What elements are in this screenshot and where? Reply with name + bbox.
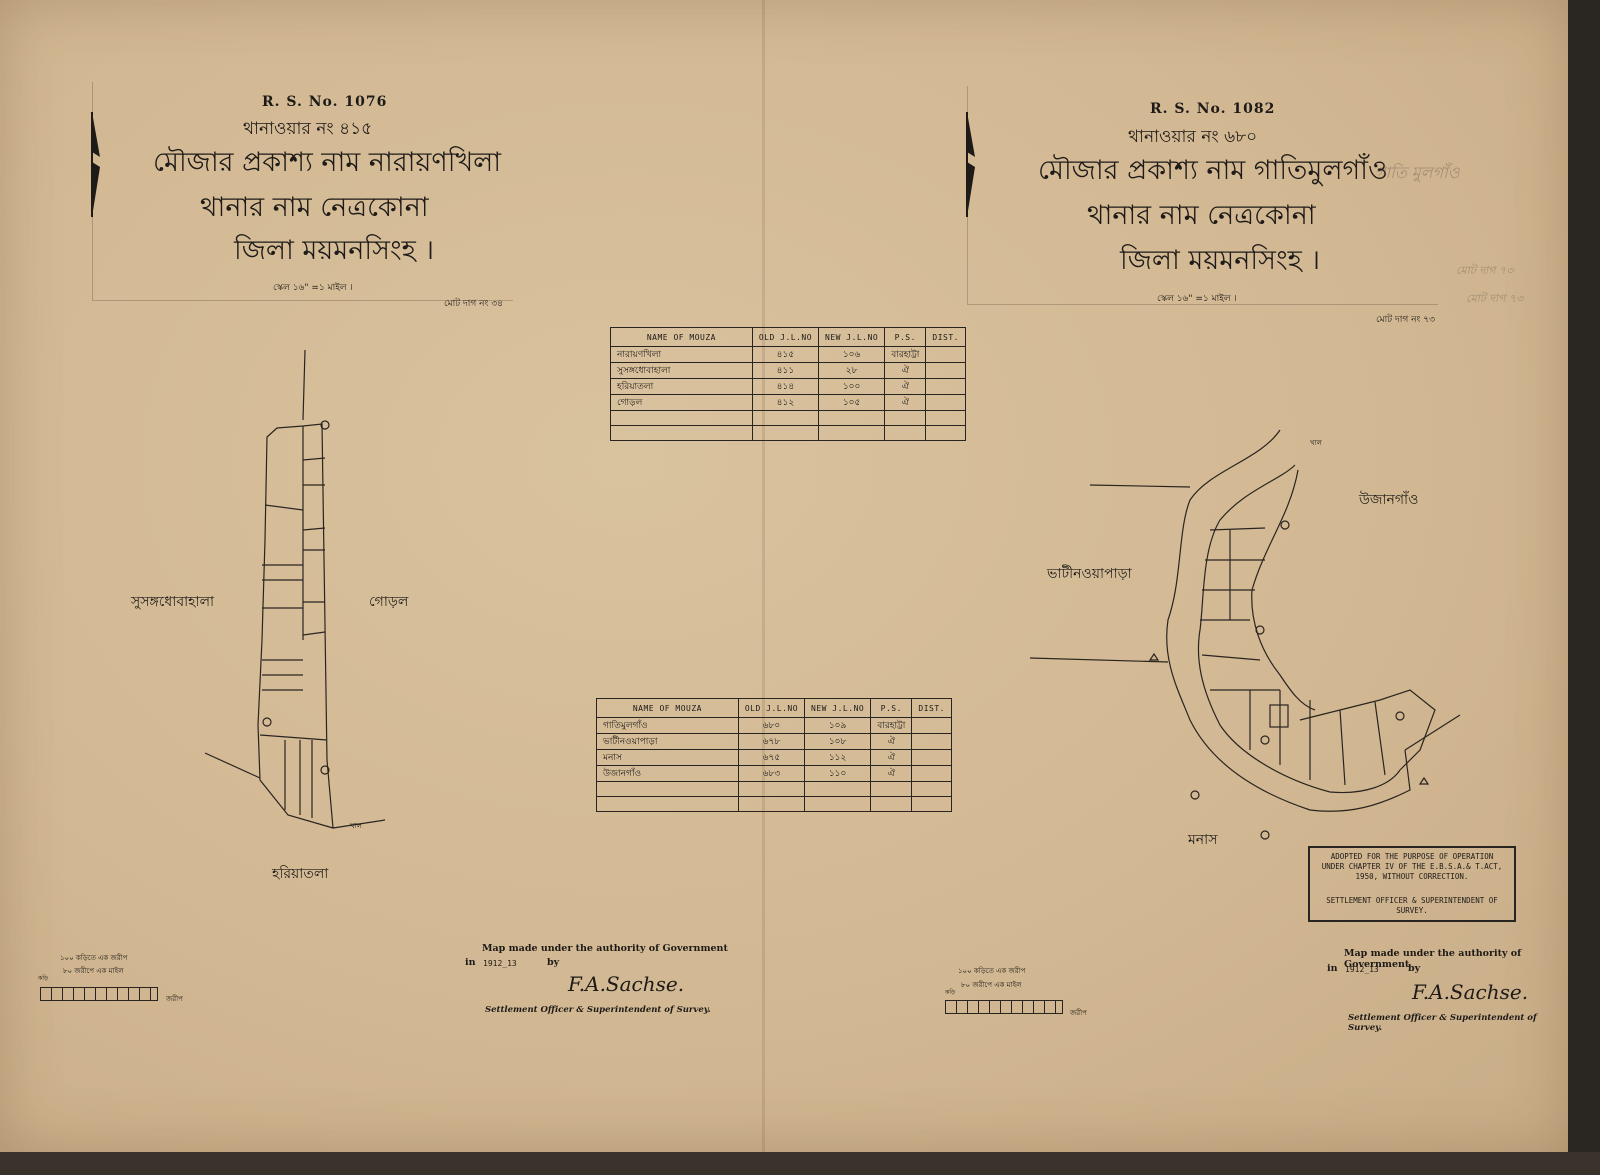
left-neighbor-east: গোড়ল <box>369 590 408 614</box>
left-scale-line1: ১০০ কড়িতে এক জরীপ <box>60 952 127 964</box>
cell: ১১২ <box>805 750 871 766</box>
left-total-plots: মোট দাগ নং ৩৪ <box>444 296 503 311</box>
cell <box>926 426 966 441</box>
cell <box>871 782 912 797</box>
cell <box>885 411 926 426</box>
right-year: 1912_13 <box>1345 965 1379 974</box>
cell: ৪১৪ <box>752 379 818 395</box>
table-row: গাতিমুলগাঁও৬৮০১০৯বারহাট্টা <box>597 718 952 734</box>
cell <box>611 426 753 441</box>
pencil-note-1: গাতি মুলগাঁও <box>1375 160 1460 187</box>
left-scale-unit-right: জরীপ <box>166 993 183 1005</box>
cell: গাতিমুলগাঁও <box>597 718 739 734</box>
right-by-label: by <box>1408 963 1420 974</box>
cell <box>912 750 952 766</box>
right-neighbor-northeast: উজানগাঁও <box>1359 488 1418 512</box>
left-neighbor-west: সুসঙ্গধোবাহালা <box>131 590 214 614</box>
right-signature: F.A.Sachse. <box>1412 980 1528 1004</box>
table-row: ভাটীনওয়াপাড়া৬৭৮১০৮ঐ <box>597 734 952 750</box>
right-thana-name: থানার নাম নেত্রকোনা <box>1087 195 1316 240</box>
mouza-table-2: NAME OF MOUZA OLD J.L.NO NEW J.L.NO P.S.… <box>596 698 952 812</box>
cell: ৪১১ <box>752 363 818 379</box>
cell: ২৮ <box>819 363 885 379</box>
stamp-line-2: UNDER CHAPTER IV OF THE E.B.S.A.& T.ACT, <box>1310 862 1514 872</box>
right-neighbor-south: মনাস <box>1188 828 1217 852</box>
cell: ৬৭৫ <box>738 750 804 766</box>
cell <box>819 426 885 441</box>
cell: ঐ <box>871 750 912 766</box>
table-row <box>597 797 952 812</box>
cell <box>912 782 952 797</box>
pencil-note-3: মোট দাগ ৭৩ <box>1466 290 1523 309</box>
cell <box>885 426 926 441</box>
right-scale-unit-left: কড়ি <box>945 987 955 998</box>
table-row: গোড়ল৪১২১০৫ঐ <box>611 395 966 411</box>
table-row: হরিয়াতলা৪১৪১০০ঐ <box>611 379 966 395</box>
cell <box>597 782 739 797</box>
cell: নারায়ণখিলা <box>611 347 753 363</box>
right-scale-text: স্কেল ১৬" =১ মাইল । <box>1157 291 1237 306</box>
right-mouza-plot-map <box>1090 420 1460 840</box>
fold-line <box>762 0 765 1152</box>
right-north-arrow-icon <box>963 112 977 220</box>
stamp-line-1: ADOPTED FOR THE PURPOSE OF OPERATION <box>1310 852 1514 862</box>
cell: ১০৯ <box>805 718 871 734</box>
left-thana-number: থানাওয়ার নং ৪১৫ <box>243 116 372 144</box>
table-row: সুসঙ্গধোবাহালা৪১১২৮ঐ <box>611 363 966 379</box>
right-scale-bar <box>945 1000 1063 1014</box>
cell: হরিয়াতলা <box>611 379 753 395</box>
col-ps: P.S. <box>885 328 926 347</box>
col-ps: P.S. <box>871 699 912 718</box>
left-office: Settlement Officer & Superintendent of S… <box>485 1005 711 1015</box>
cell <box>926 379 966 395</box>
mouza-table-1: NAME OF MOUZA OLD J.L.NO NEW J.L.NO P.S.… <box>610 327 966 441</box>
cell <box>912 718 952 734</box>
scan-edge-bottom <box>0 1152 1600 1175</box>
cell <box>805 782 871 797</box>
cell <box>738 782 804 797</box>
left-signature: F.A.Sachse. <box>568 972 684 996</box>
table-row <box>611 411 966 426</box>
table-row <box>597 782 952 797</box>
cell <box>926 363 966 379</box>
cell <box>819 411 885 426</box>
cell: গোড়ল <box>611 395 753 411</box>
left-scale-text: স্কেল ১৬" =১ মাইল । <box>273 280 353 295</box>
left-scale-unit-left: কড়ি <box>38 973 48 984</box>
cell <box>912 766 952 782</box>
left-authority-line: Map made under the authority of Governme… <box>482 943 728 954</box>
right-neighbor-west: ভাটীনওয়াপাড়া <box>1047 562 1132 586</box>
cell: বারহাট্টা <box>871 718 912 734</box>
cell: ১০৫ <box>819 395 885 411</box>
cell <box>926 411 966 426</box>
col-dist: DIST. <box>926 328 966 347</box>
cell: ৬৭৮ <box>738 734 804 750</box>
cell <box>738 797 804 812</box>
left-scale-bar <box>40 987 158 1001</box>
col-old-jl: OLD J.L.NO <box>738 699 804 718</box>
col-new-jl: NEW J.L.NO <box>805 699 871 718</box>
col-name-of-mouza: NAME OF MOUZA <box>611 328 753 347</box>
right-district: জিলা ময়মনসিংহ । <box>1120 240 1320 285</box>
table-row: উজানগাঁও৬৮৩১১০ঐ <box>597 766 952 782</box>
stamp-line-5: SURVEY. <box>1310 906 1514 916</box>
cell: ঐ <box>885 395 926 411</box>
left-by-label: by <box>547 957 559 968</box>
cell: ঐ <box>885 379 926 395</box>
left-year: 1912_13 <box>483 959 517 968</box>
cell <box>611 411 753 426</box>
stamp-line-3: 1950, WITHOUT CORRECTION. <box>1310 872 1514 882</box>
cell: ১০০ <box>819 379 885 395</box>
cell: ৪১৫ <box>752 347 818 363</box>
col-old-jl: OLD J.L.NO <box>752 328 818 347</box>
cell <box>871 797 912 812</box>
cell: সুসঙ্গধোবাহালা <box>611 363 753 379</box>
cell <box>912 797 952 812</box>
scan-edge-right <box>1568 0 1600 1175</box>
col-new-jl: NEW J.L.NO <box>819 328 885 347</box>
cell: ৬৮৩ <box>738 766 804 782</box>
table-row: নারায়ণখিলা৪১৫১০৬বারহাট্টা <box>611 347 966 363</box>
right-office: Settlement Officer & Superintendent of S… <box>1348 1013 1568 1033</box>
cell <box>912 734 952 750</box>
right-scale-unit-right: জরীপ <box>1070 1007 1087 1019</box>
cell: ঐ <box>885 363 926 379</box>
left-district: জিলা ময়মনসিংহ । <box>234 230 434 275</box>
table-row <box>611 426 966 441</box>
col-dist: DIST. <box>912 699 952 718</box>
left-in-label: in <box>465 957 476 968</box>
cell <box>926 395 966 411</box>
table-header-row: NAME OF MOUZA OLD J.L.NO NEW J.L.NO P.S.… <box>597 699 952 718</box>
right-in-label: in <box>1327 963 1338 974</box>
cell: ১১০ <box>805 766 871 782</box>
right-rs-number: R. S. No. 1082 <box>1150 101 1275 117</box>
pencil-note-2: মোট দাগ ৭৩ <box>1456 262 1513 281</box>
cell <box>752 426 818 441</box>
left-rs-number: R. S. No. 1076 <box>262 94 387 110</box>
right-total-plots: মোট দাগ নং ৭৩ <box>1376 312 1435 327</box>
left-neighbor-south: হরিয়াতলা <box>272 862 328 886</box>
table-row: মনাস৬৭৫১১২ঐ <box>597 750 952 766</box>
cell: ৬৮০ <box>738 718 804 734</box>
right-neighbor-canal: খাল <box>1310 437 1322 449</box>
cell <box>805 797 871 812</box>
cell: ঐ <box>871 734 912 750</box>
cell: ঐ <box>871 766 912 782</box>
cell: ১০৬ <box>819 347 885 363</box>
map-sheet: R. S. No. 1076 থানাওয়ার নং ৪১৫ মৌজার প্… <box>0 0 1568 1152</box>
cell: ভাটীনওয়াপাড়া <box>597 734 739 750</box>
left-north-arrow-icon <box>88 112 102 220</box>
right-thana-number: থানাওয়ার নং ৬৮০ <box>1128 124 1257 152</box>
right-mouza-name: মৌজার প্রকাশ্য নাম গাতিমুলগাঁও <box>1038 150 1388 195</box>
right-scale-line1: ১০০ কড়িতে এক জরীপ <box>958 965 1025 977</box>
cell <box>926 347 966 363</box>
cell: ১০৮ <box>805 734 871 750</box>
col-name-of-mouza: NAME OF MOUZA <box>597 699 739 718</box>
left-scale-line2: ৮০ জরীপে এক মাইল <box>63 965 123 977</box>
left-thana-name: থানার নাম নেত্রকোনা <box>200 187 429 232</box>
cell <box>752 411 818 426</box>
adoption-stamp: ADOPTED FOR THE PURPOSE OF OPERATION UND… <box>1308 846 1516 922</box>
cell: মনাস <box>597 750 739 766</box>
cell: ৪১২ <box>752 395 818 411</box>
stamp-line-4: SETTLEMENT OFFICER & SUPERINTENDENT OF <box>1310 896 1514 906</box>
left-mouza-name: মৌজার প্রকাশ্য নাম নারায়ণখিলা <box>153 142 501 187</box>
table-header-row: NAME OF MOUZA OLD J.L.NO NEW J.L.NO P.S.… <box>611 328 966 347</box>
right-scale-line2: ৮০ জরীপে এক মাইল <box>961 979 1021 991</box>
cell: বারহাট্টা <box>885 347 926 363</box>
left-neighbor-canal: খাল <box>350 820 362 832</box>
cell: উজানগাঁও <box>597 766 739 782</box>
cell <box>597 797 739 812</box>
